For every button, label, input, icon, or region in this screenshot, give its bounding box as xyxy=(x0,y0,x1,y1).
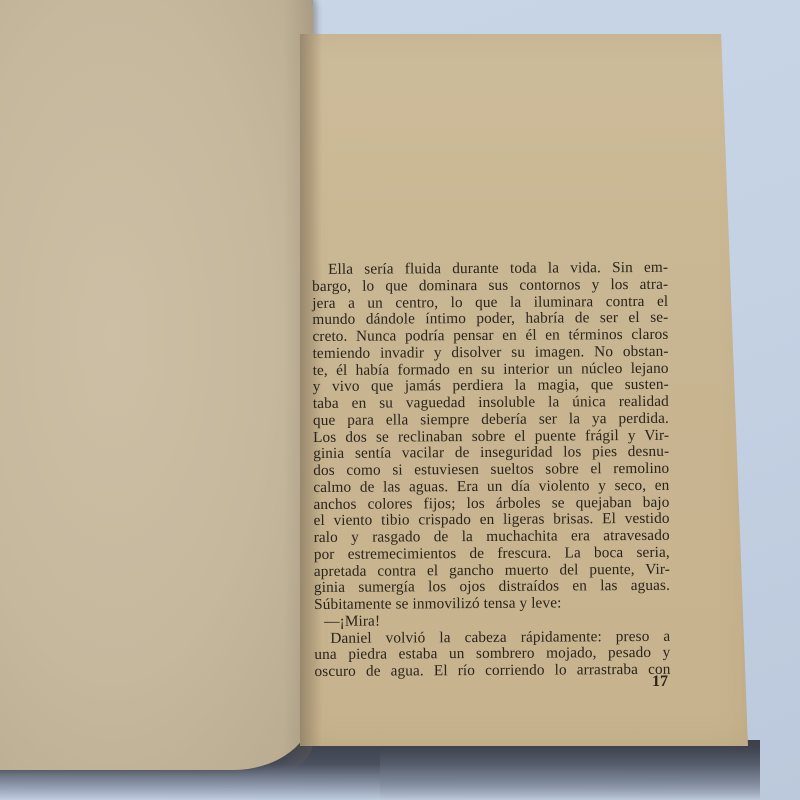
text-line: oscuro de agua. El río corriendo lo arra… xyxy=(314,662,670,681)
page-body-text: Ella sería fluida durante toda la vida. … xyxy=(312,260,671,681)
page-number: 17 xyxy=(652,673,668,691)
page-shadow xyxy=(380,745,760,800)
left-page-blank xyxy=(0,0,313,770)
